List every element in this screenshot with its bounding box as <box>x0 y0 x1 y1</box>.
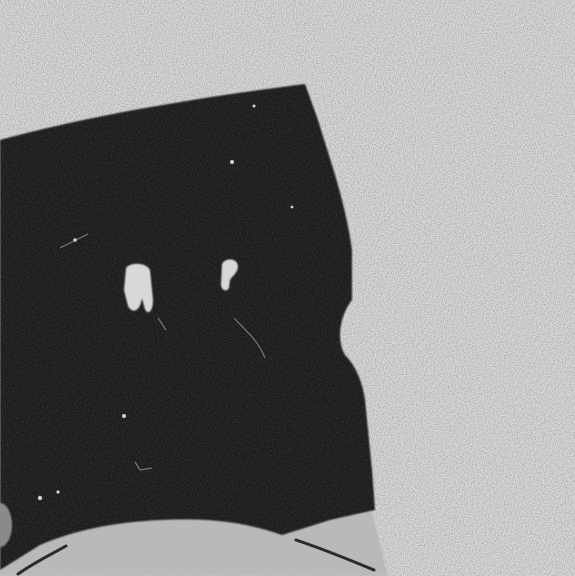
photo-canvas <box>0 0 575 576</box>
dark-shape-texture <box>0 84 375 570</box>
blob-left <box>124 264 153 313</box>
photo-scene <box>0 0 575 576</box>
